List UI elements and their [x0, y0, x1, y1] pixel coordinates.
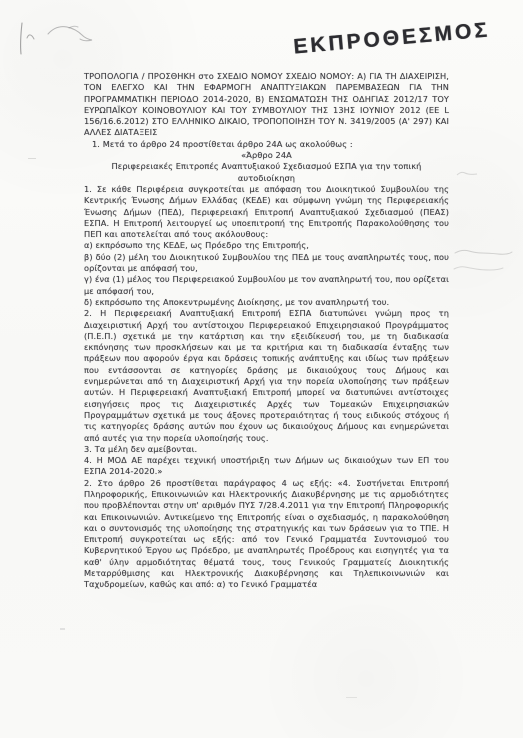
amendment-1-intro: 1. Μετά το άρθρο 24 προστίθεται άρθρο 24… — [84, 139, 449, 150]
article-24a-paragraph-2: 2. Η Περιφερειακή Αναπτυξιακή Επιτροπή Ε… — [84, 308, 449, 444]
scanned-document-page: { "page": { "ink_color": "#424247", "sta… — [0, 0, 523, 738]
pencil-small-mark — [455, 166, 481, 180]
article-24a-paragraph-3: 3. Τα μέλη δεν αμείβονται. — [84, 444, 449, 455]
pencil-margin-note — [452, 244, 520, 280]
paper-background: ΕΚΠΡΟΘΕΣΜΟΣ ΤΡΟΠΟΛΟΓΙΑ / ΠΡΟΣΘΗΚΗ στο ΣΧ… — [0, 0, 523, 738]
handwriting-scribble — [12, 8, 127, 60]
article-24a-paragraph-1: 1. Σε κάθε Περιφέρεια συγκροτείται με απ… — [84, 184, 449, 240]
article-24a-title: Περιφερειακές Επιτροπές Αναπτυξιακού Σχε… — [84, 161, 449, 184]
scan-speck — [28, 158, 36, 159]
document-title: ΤΡΟΠΟΛΟΓΙΑ / ΠΡΟΣΘΗΚΗ στο ΣΧΕΔΙΟ ΝΟΜΟΥ Σ… — [84, 71, 449, 139]
article-24a-number: «Άρθρο 24Α — [84, 150, 449, 161]
article-24a-item-b: β) δύο (2) μέλη του Διοικητικού Συμβουλί… — [84, 252, 449, 275]
article-24a-item-c: γ) ένα (1) μέλος του Περιφερειακού Συμβο… — [84, 274, 449, 297]
late-submission-stamp: ΕΚΠΡΟΘΕΣΜΟΣ — [292, 16, 513, 59]
article-24a-item-a: α) εκπρόσωπο της ΚΕΔΕ, ως Πρόεδρο της Επ… — [84, 240, 449, 251]
document-body: ΤΡΟΠΟΛΟΓΙΑ / ΠΡΟΣΘΗΚΗ στο ΣΧΕΔΙΟ ΝΟΜΟΥ Σ… — [84, 71, 449, 591]
scan-speck — [346, 697, 357, 698]
article-24a-paragraph-4: 4. Η ΜΟΔ ΑΕ παρέχει τεχνική υποστήριξη τ… — [84, 455, 449, 478]
amendment-2-paragraph: 2. Στο άρθρο 26 προστίθεται παράγραφος 4… — [84, 478, 449, 591]
article-24a-item-d: δ) εκπρόσωπο της Αποκεντρωμένης Διοίκηση… — [84, 297, 449, 308]
scan-speck — [60, 628, 65, 630]
